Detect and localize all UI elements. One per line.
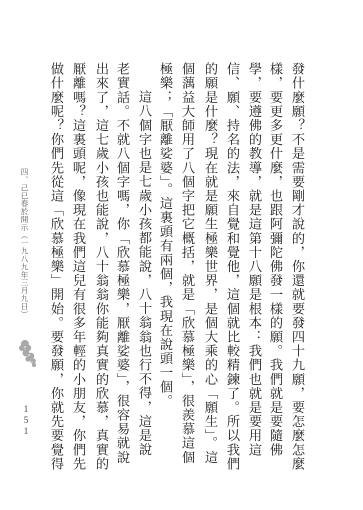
text-column-6: 個蕅益大師用了八個字把它概括，就是「欣慕極樂」，很羨慕這個 <box>178 62 194 464</box>
text-column-3: 學，要遵佛的教導，就是這第十八願是根本：我們也就是要用這 <box>245 62 261 457</box>
text-column-4: 信、願、持名的法，來自覺和覺他，這個就比較精鍊了。所以我們 <box>223 62 239 471</box>
text-column-8-paragraph-start: 這八個字也是七歲小孩都能說，八十翁翁也行不得，這是說 <box>135 90 151 457</box>
running-head: 四、己巳春於開示（一九八九年三月九日） <box>18 168 30 318</box>
text-column-5: 的願是什麼？現在就是願生極樂世界，是個大乘的心「願生」。這 <box>201 62 217 464</box>
flower-seal-icon <box>17 338 39 368</box>
text-column-10: 出來了，這七歲小孩也能說，八十翁翁你能夠真實的欣慕，真實的 <box>92 62 108 471</box>
book-page: 發什麼願？不是需要剛才說的，你還就要發四十九願，要怎麼怎麼 樣，要更多更什麼，也… <box>0 0 363 510</box>
text-column-1: 發什麼願？不是需要剛才說的，你還就要發四十九願，要怎麼怎麼 <box>288 62 304 471</box>
text-column-7: 極樂；「厭離娑婆」。這裏頭有兩個，我現在說頭一個。 <box>156 62 172 408</box>
text-column-12: 做什麼呢？你們先從這「欣慕極樂」開始。要發願，你就先要覺得 <box>47 62 63 471</box>
text-column-9: 老實話。不就八個字嗎，你「欣慕極樂，厭離娑婆」，很容易就說 <box>113 62 129 464</box>
page-number: 151 <box>21 404 31 437</box>
text-column-2: 樣，要更多更什麼，也跟阿彌陀佛發一樣的願。我們就是要隨佛 <box>266 62 282 457</box>
text-column-11: 厭離嗎？這裏頭呢，像現在我們這兒有很多年輕的小朋友，你們先 <box>69 62 85 471</box>
